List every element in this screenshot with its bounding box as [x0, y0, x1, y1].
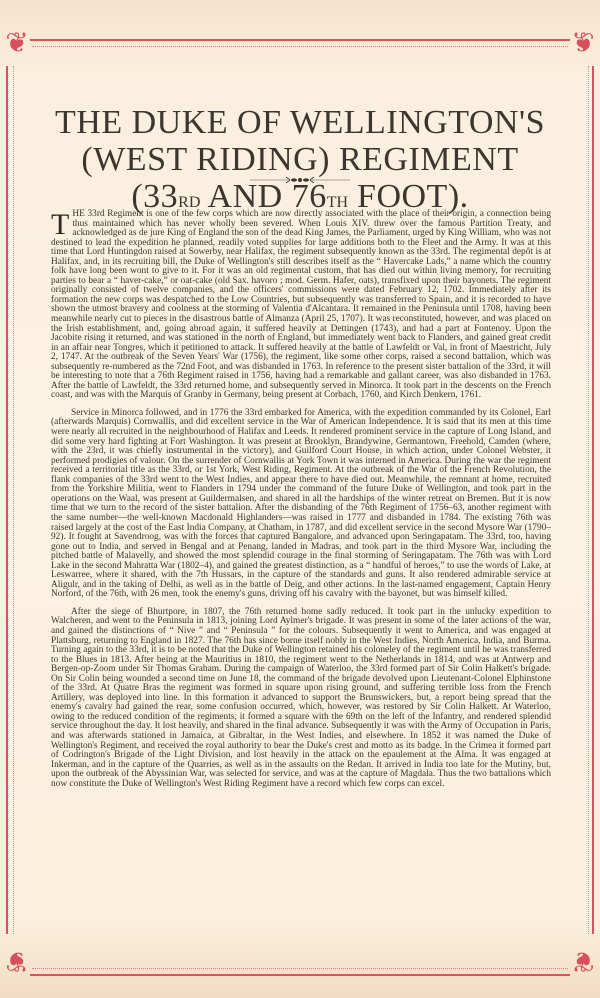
border-bottom-dotted: [32, 968, 568, 969]
corner-ornament-bottom-left-icon: ❦: [0, 944, 34, 978]
page-title: THE DUKE OF WELLINGTON'S (WEST RIDING) R…: [0, 104, 600, 221]
border-top-dotted: [32, 46, 568, 47]
corner-ornament-top-right-icon: ❦: [566, 26, 600, 60]
paragraph-3: After the siege of Bhurtpore, in 1807, t…: [51, 608, 551, 789]
title-line-2: (WEST RIDING) REGIMENT: [0, 141, 600, 178]
border-top-rule: [30, 39, 570, 41]
page: ❦ ❦ ❦ ❦ THE DUKE OF WELLINGTON'S (WEST R…: [0, 0, 600, 998]
article-body: THE 33rd Regiment is one of the few corp…: [51, 210, 551, 797]
corner-ornament-top-left-icon: ❦: [0, 26, 34, 60]
border-bottom-rule: [30, 974, 570, 976]
title-line-1: THE DUKE OF WELLINGTON'S: [0, 104, 600, 141]
paragraph-1: THE 33rd Regiment is one of the few corp…: [51, 210, 551, 401]
drop-cap: T: [51, 213, 69, 237]
paragraph-1-text: HE 33rd Regiment is one of the few corps…: [51, 209, 551, 400]
paragraph-2: Service in Minorca followed, and in 1776…: [51, 409, 551, 600]
divider-ornament-icon: [250, 176, 350, 184]
corner-ornament-bottom-right-icon: ❦: [566, 944, 600, 978]
